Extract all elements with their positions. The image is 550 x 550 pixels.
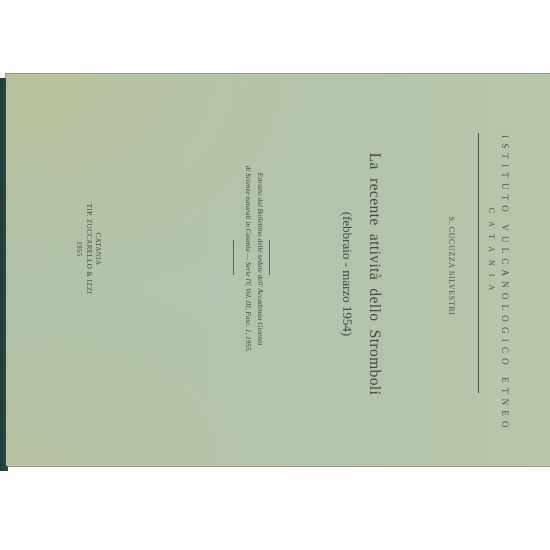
- institute-name: ISTITUTO VULCANOLOGICO ETNEO: [500, 135, 510, 395]
- imprint-year: 1955: [75, 174, 83, 324]
- author-name: S. CUCUZZA SILVESTRI: [447, 200, 456, 332]
- extract-rule-top: [269, 240, 270, 275]
- document-cover-page: ISTITUTO VULCANOLOGICO ETNEO CATANIA S. …: [6, 74, 550, 466]
- extract-line-1: Estratto dal Bollettino delle sedute del…: [256, 114, 264, 404]
- imprint-city: CATANIA: [94, 174, 102, 324]
- extract-rule-bottom: [233, 240, 234, 275]
- photo-background: ISTITUTO VULCANOLOGICO ETNEO CATANIA S. …: [0, 0, 550, 550]
- header-rule: [478, 133, 479, 393]
- document-subtitle: (febbraio - marzo 1954): [339, 134, 355, 414]
- document-title: La recente attività dello Stromboli: [365, 114, 383, 434]
- imprint-printer: TIP. ZUCCARELLO & IZZI: [85, 174, 93, 324]
- extract-line-2: di Scienze naturali in Catania — Serie I…: [244, 114, 252, 404]
- institute-city: CATANIA: [487, 190, 496, 316]
